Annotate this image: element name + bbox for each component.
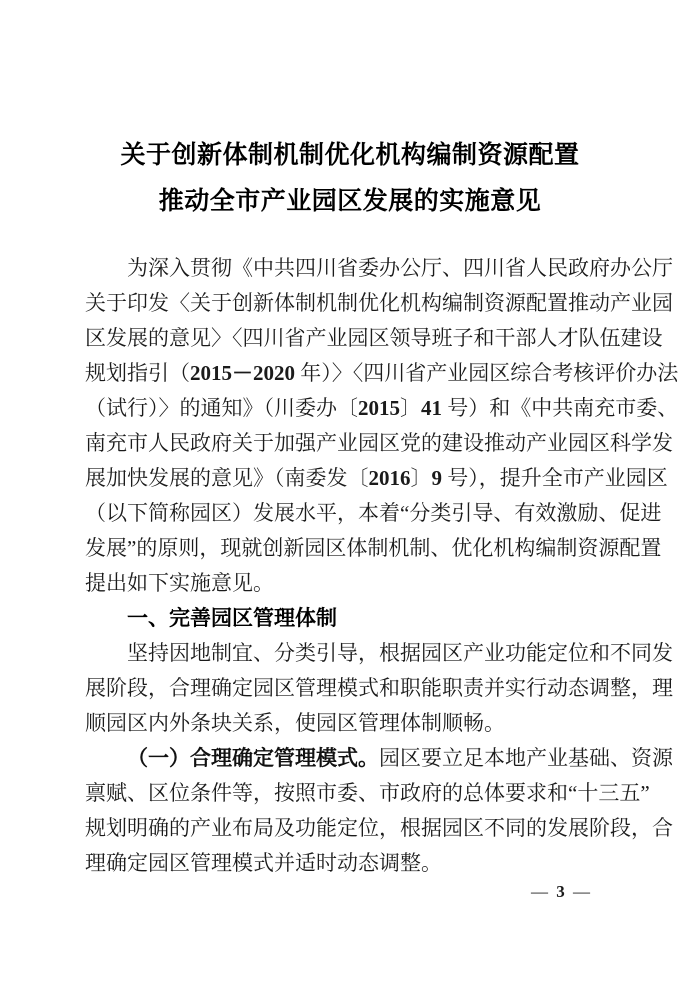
document-body: 为深入贯彻《中共四川省委办公厅、四川省人民政府办公厅关于印发〈关于创新体制机制优…: [85, 251, 615, 881]
document-number: 2015: [358, 396, 400, 420]
document-number: 41: [421, 396, 442, 420]
body-line: 南充市人民政府关于加强产业园区党的建设推动产业园区科学发: [85, 426, 615, 461]
body-line: 区发展的意见〉〈四川省产业园区领导班子和干部人才队伍建设: [85, 321, 615, 356]
page-number: — 3 —: [531, 882, 592, 902]
body-line: 为深入贯彻《中共四川省委办公厅、四川省人民政府办公厅: [85, 251, 615, 286]
body-line: 规划指引（2015－2020 年）〉〈四川省产业园区综合考核评价办法: [85, 356, 615, 391]
body-text: 园区要立足本地产业基础、资源: [379, 746, 673, 770]
document-title: 关于创新体制机制优化机构编制资源配置 推动全市产业园区发展的实施意见: [0, 133, 700, 225]
body-line: 展加快发展的意见》（南委发〔2016〕9 号），提升全市产业园区: [85, 461, 615, 496]
section-heading: 一、完善园区管理体制: [85, 601, 615, 636]
body-line: 规划明确的产业布局及功能定位，根据园区不同的发展阶段，合: [85, 811, 615, 846]
document-number: 2015－2020: [190, 361, 295, 385]
body-line: 关于印发〈关于创新体制机制优化机构编制资源配置推动产业园: [85, 286, 615, 321]
document-number: 9: [432, 466, 443, 490]
body-line: （试行）〉的通知》（川委办〔2015〕41 号）和《中共南充市委、: [85, 391, 615, 426]
body-line: 展阶段，合理确定园区管理模式和职能职责并实行动态调整，理: [85, 671, 615, 706]
body-line: 提出如下实施意见。: [85, 566, 615, 601]
document-title-line-1: 关于创新体制机制优化机构编制资源配置: [0, 133, 700, 179]
body-line: 禀赋、区位条件等，按照市委、市政府的总体要求和“十三五”: [85, 776, 615, 811]
body-line: 发展”的原则，现就创新园区体制机制、优化机构编制资源配置: [85, 531, 615, 566]
paragraph-lead: （一）合理确定管理模式。: [127, 746, 379, 770]
body-line: 坚持因地制宜、分类引导，根据园区产业功能定位和不同发: [85, 636, 615, 671]
body-line: 顺园区内外条块关系，使园区管理体制顺畅。: [85, 706, 615, 741]
document-page: 关于创新体制机制优化机构编制资源配置 推动全市产业园区发展的实施意见 为深入贯彻…: [0, 0, 700, 990]
document-title-line-2: 推动全市产业园区发展的实施意见: [0, 179, 700, 225]
document-number: 2016: [369, 466, 411, 490]
body-line: （以下简称园区）发展水平，本着“分类引导、有效激励、促进: [85, 496, 615, 531]
document-number: 3: [556, 882, 567, 901]
body-line: （一）合理确定管理模式。园区要立足本地产业基础、资源: [85, 741, 615, 776]
body-line: 理确定园区管理模式并适时动态调整。: [85, 846, 615, 881]
